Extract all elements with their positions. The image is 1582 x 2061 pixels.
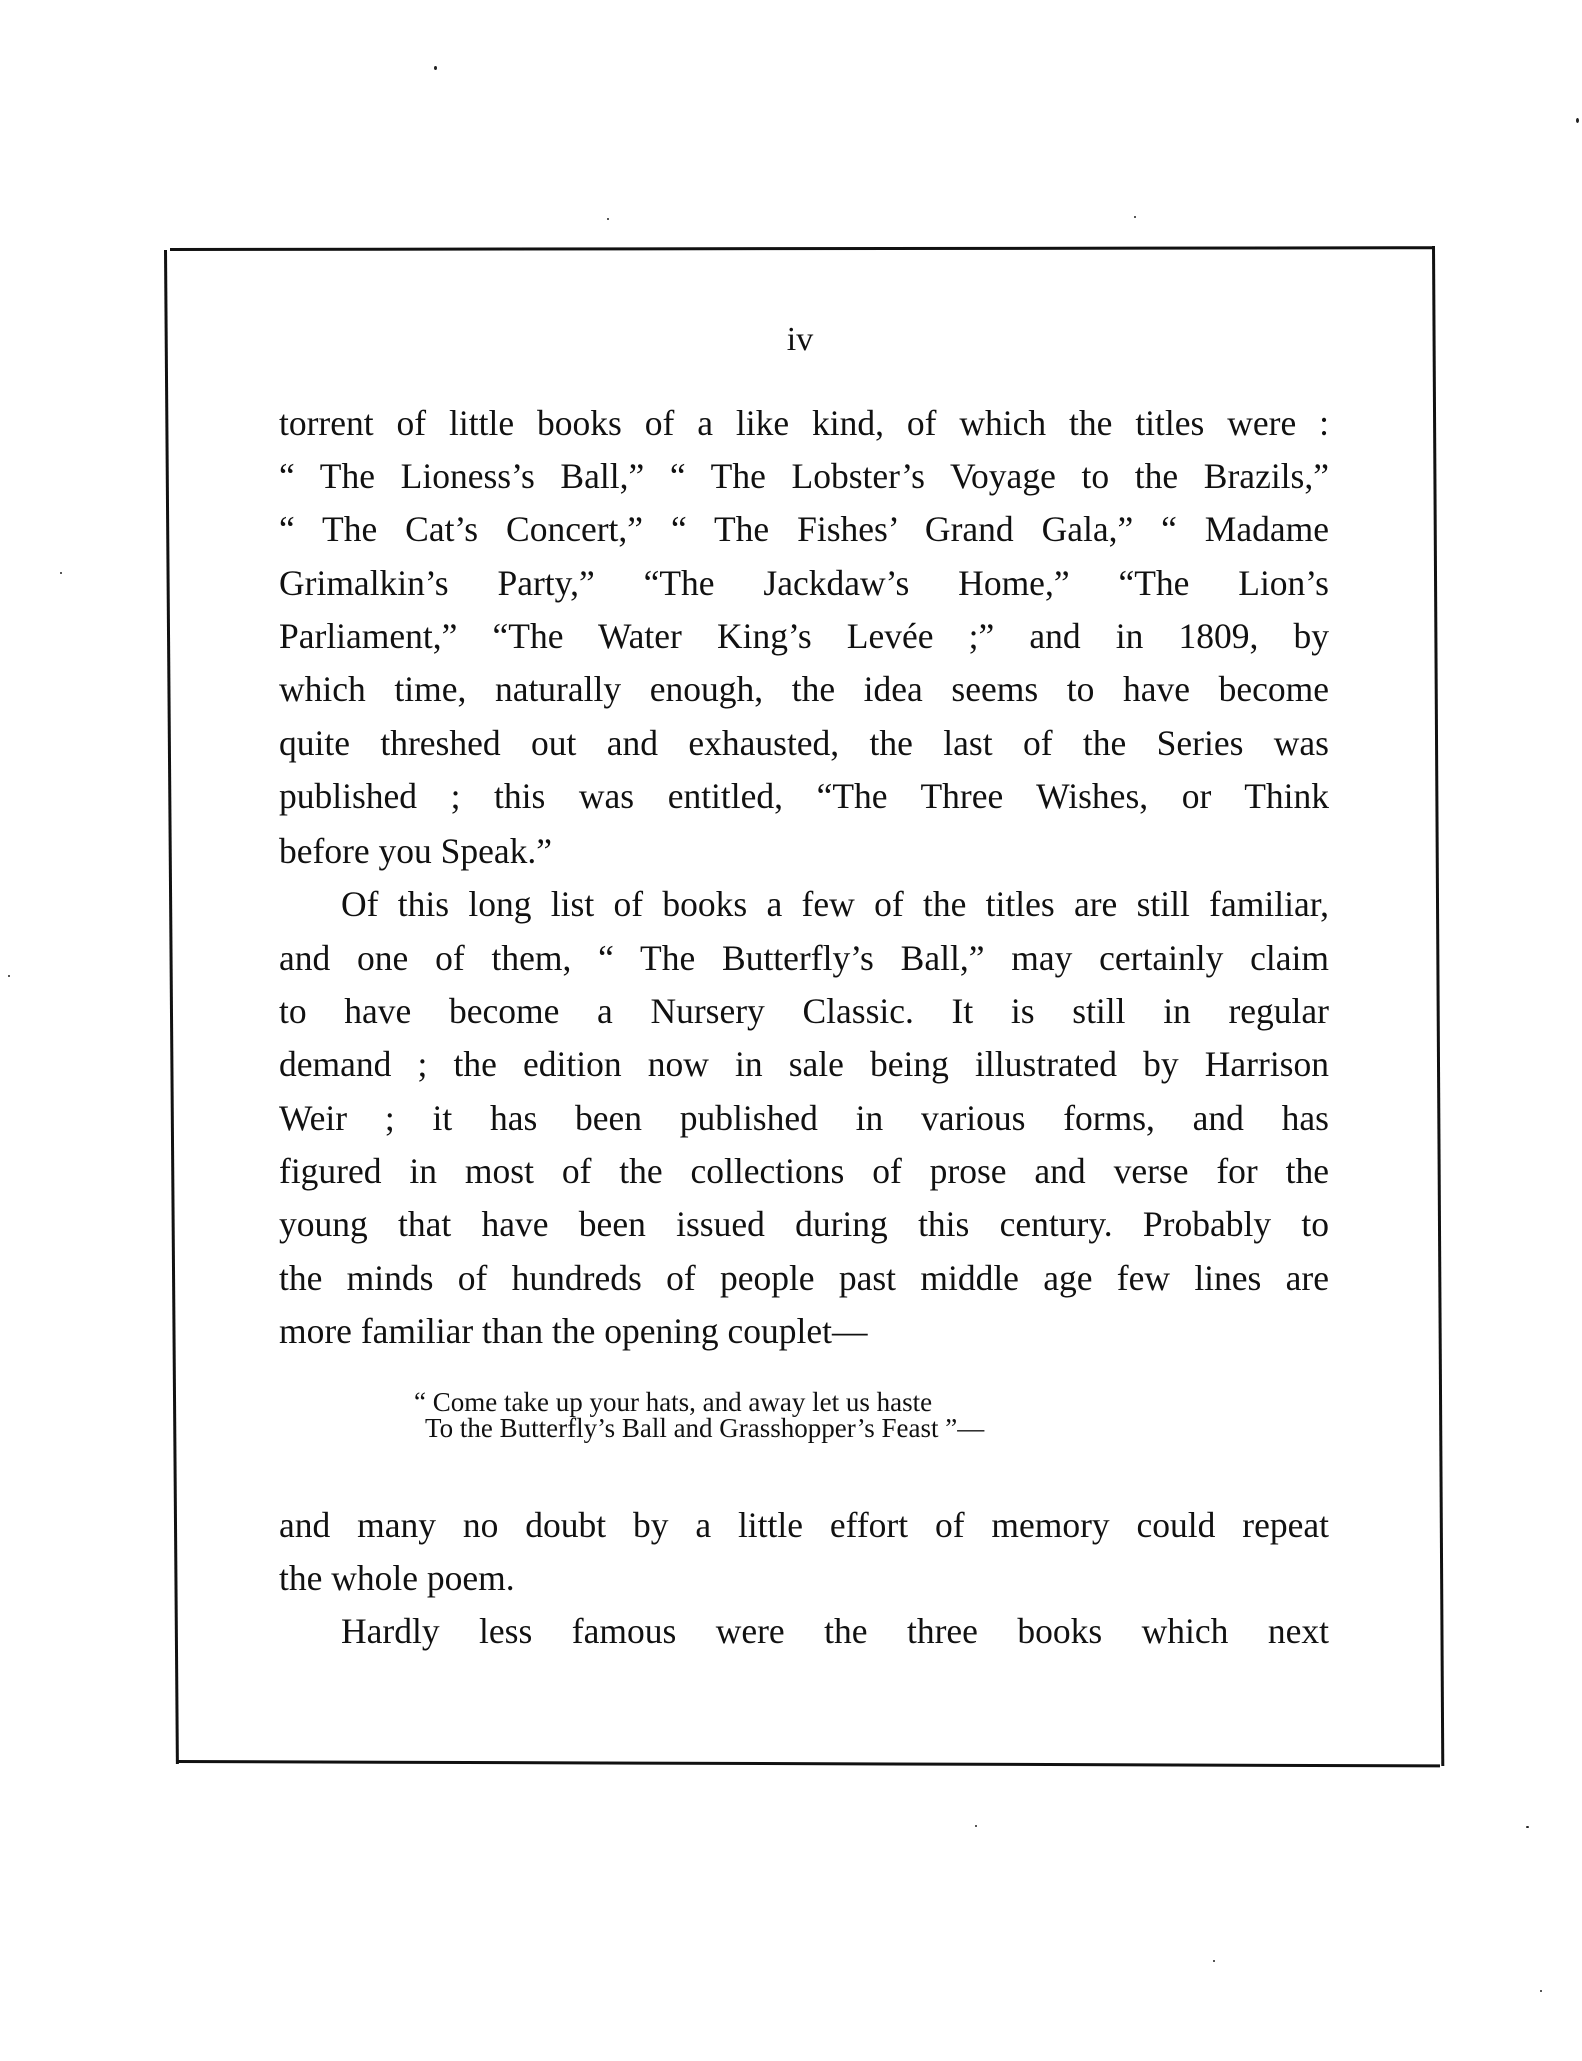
text-line: torrent of little books of a like kind, …: [279, 405, 1329, 441]
scan-speck: [607, 218, 609, 220]
book-page: iv torrent of little books of a like kin…: [0, 0, 1582, 2061]
scan-speck: [1540, 1990, 1542, 1992]
page-frame-bottom-rule: [176, 1760, 1440, 1767]
scan-speck: [1576, 118, 1579, 123]
paragraph-first-line: Of this long list of books a few of the …: [341, 886, 1329, 922]
scan-speck: [1213, 1960, 1215, 1962]
text-line: “ The Lioness’s Ball,” “ The Lobster’s V…: [279, 458, 1329, 494]
verse-line: To the Butterfly’s Ball and Grasshopper’…: [425, 1413, 984, 1443]
scan-speck: [8, 975, 10, 977]
page-frame-top-rule: [170, 246, 1435, 251]
text-line: “ The Cat’s Concert,” “ The Fishes’ Gran…: [279, 511, 1329, 547]
text-line: published ; this was entitled, “The Thre…: [279, 778, 1329, 814]
text-line: the whole poem.: [279, 1560, 1329, 1596]
scan-speck: [434, 66, 437, 70]
scan-speck: [1134, 216, 1136, 218]
paragraph-first-line: Hardly less famous were the three books …: [341, 1613, 1329, 1649]
text-line: quite threshed out and exhausted, the la…: [279, 725, 1329, 761]
text-line: before you Speak.”: [279, 833, 1329, 869]
text-line: Weir ; it has been published in various …: [279, 1100, 1329, 1136]
text-line: and many no doubt by a little effort of …: [279, 1507, 1329, 1543]
scan-speck: [60, 572, 62, 574]
text-line: figured in most of the collections of pr…: [279, 1153, 1329, 1189]
page-number: iv: [760, 320, 840, 360]
text-line: and one of them, “ The Butterfly’s Ball,…: [279, 940, 1329, 976]
page-frame-left-rule: [164, 250, 179, 1764]
text-line: young that have been issued during this …: [279, 1206, 1329, 1242]
text-line: more familiar than the opening couplet—: [279, 1313, 1329, 1349]
text-line: which time, naturally enough, the idea s…: [279, 671, 1329, 707]
page-frame-right-rule: [1432, 246, 1444, 1766]
text-line: the minds of hundreds of people past mid…: [279, 1260, 1329, 1296]
text-line: Grimalkin’s Party,” “The Jackdaw’s Home,…: [279, 565, 1329, 601]
text-line: demand ; the edition now in sale being i…: [279, 1046, 1329, 1082]
scan-speck: [975, 1825, 977, 1827]
text-line: Parliament,” “The Water King’s Levée ;” …: [279, 618, 1329, 654]
text-line: to have become a Nursery Classic. It is …: [279, 993, 1329, 1029]
scan-speck: [1526, 1826, 1529, 1828]
